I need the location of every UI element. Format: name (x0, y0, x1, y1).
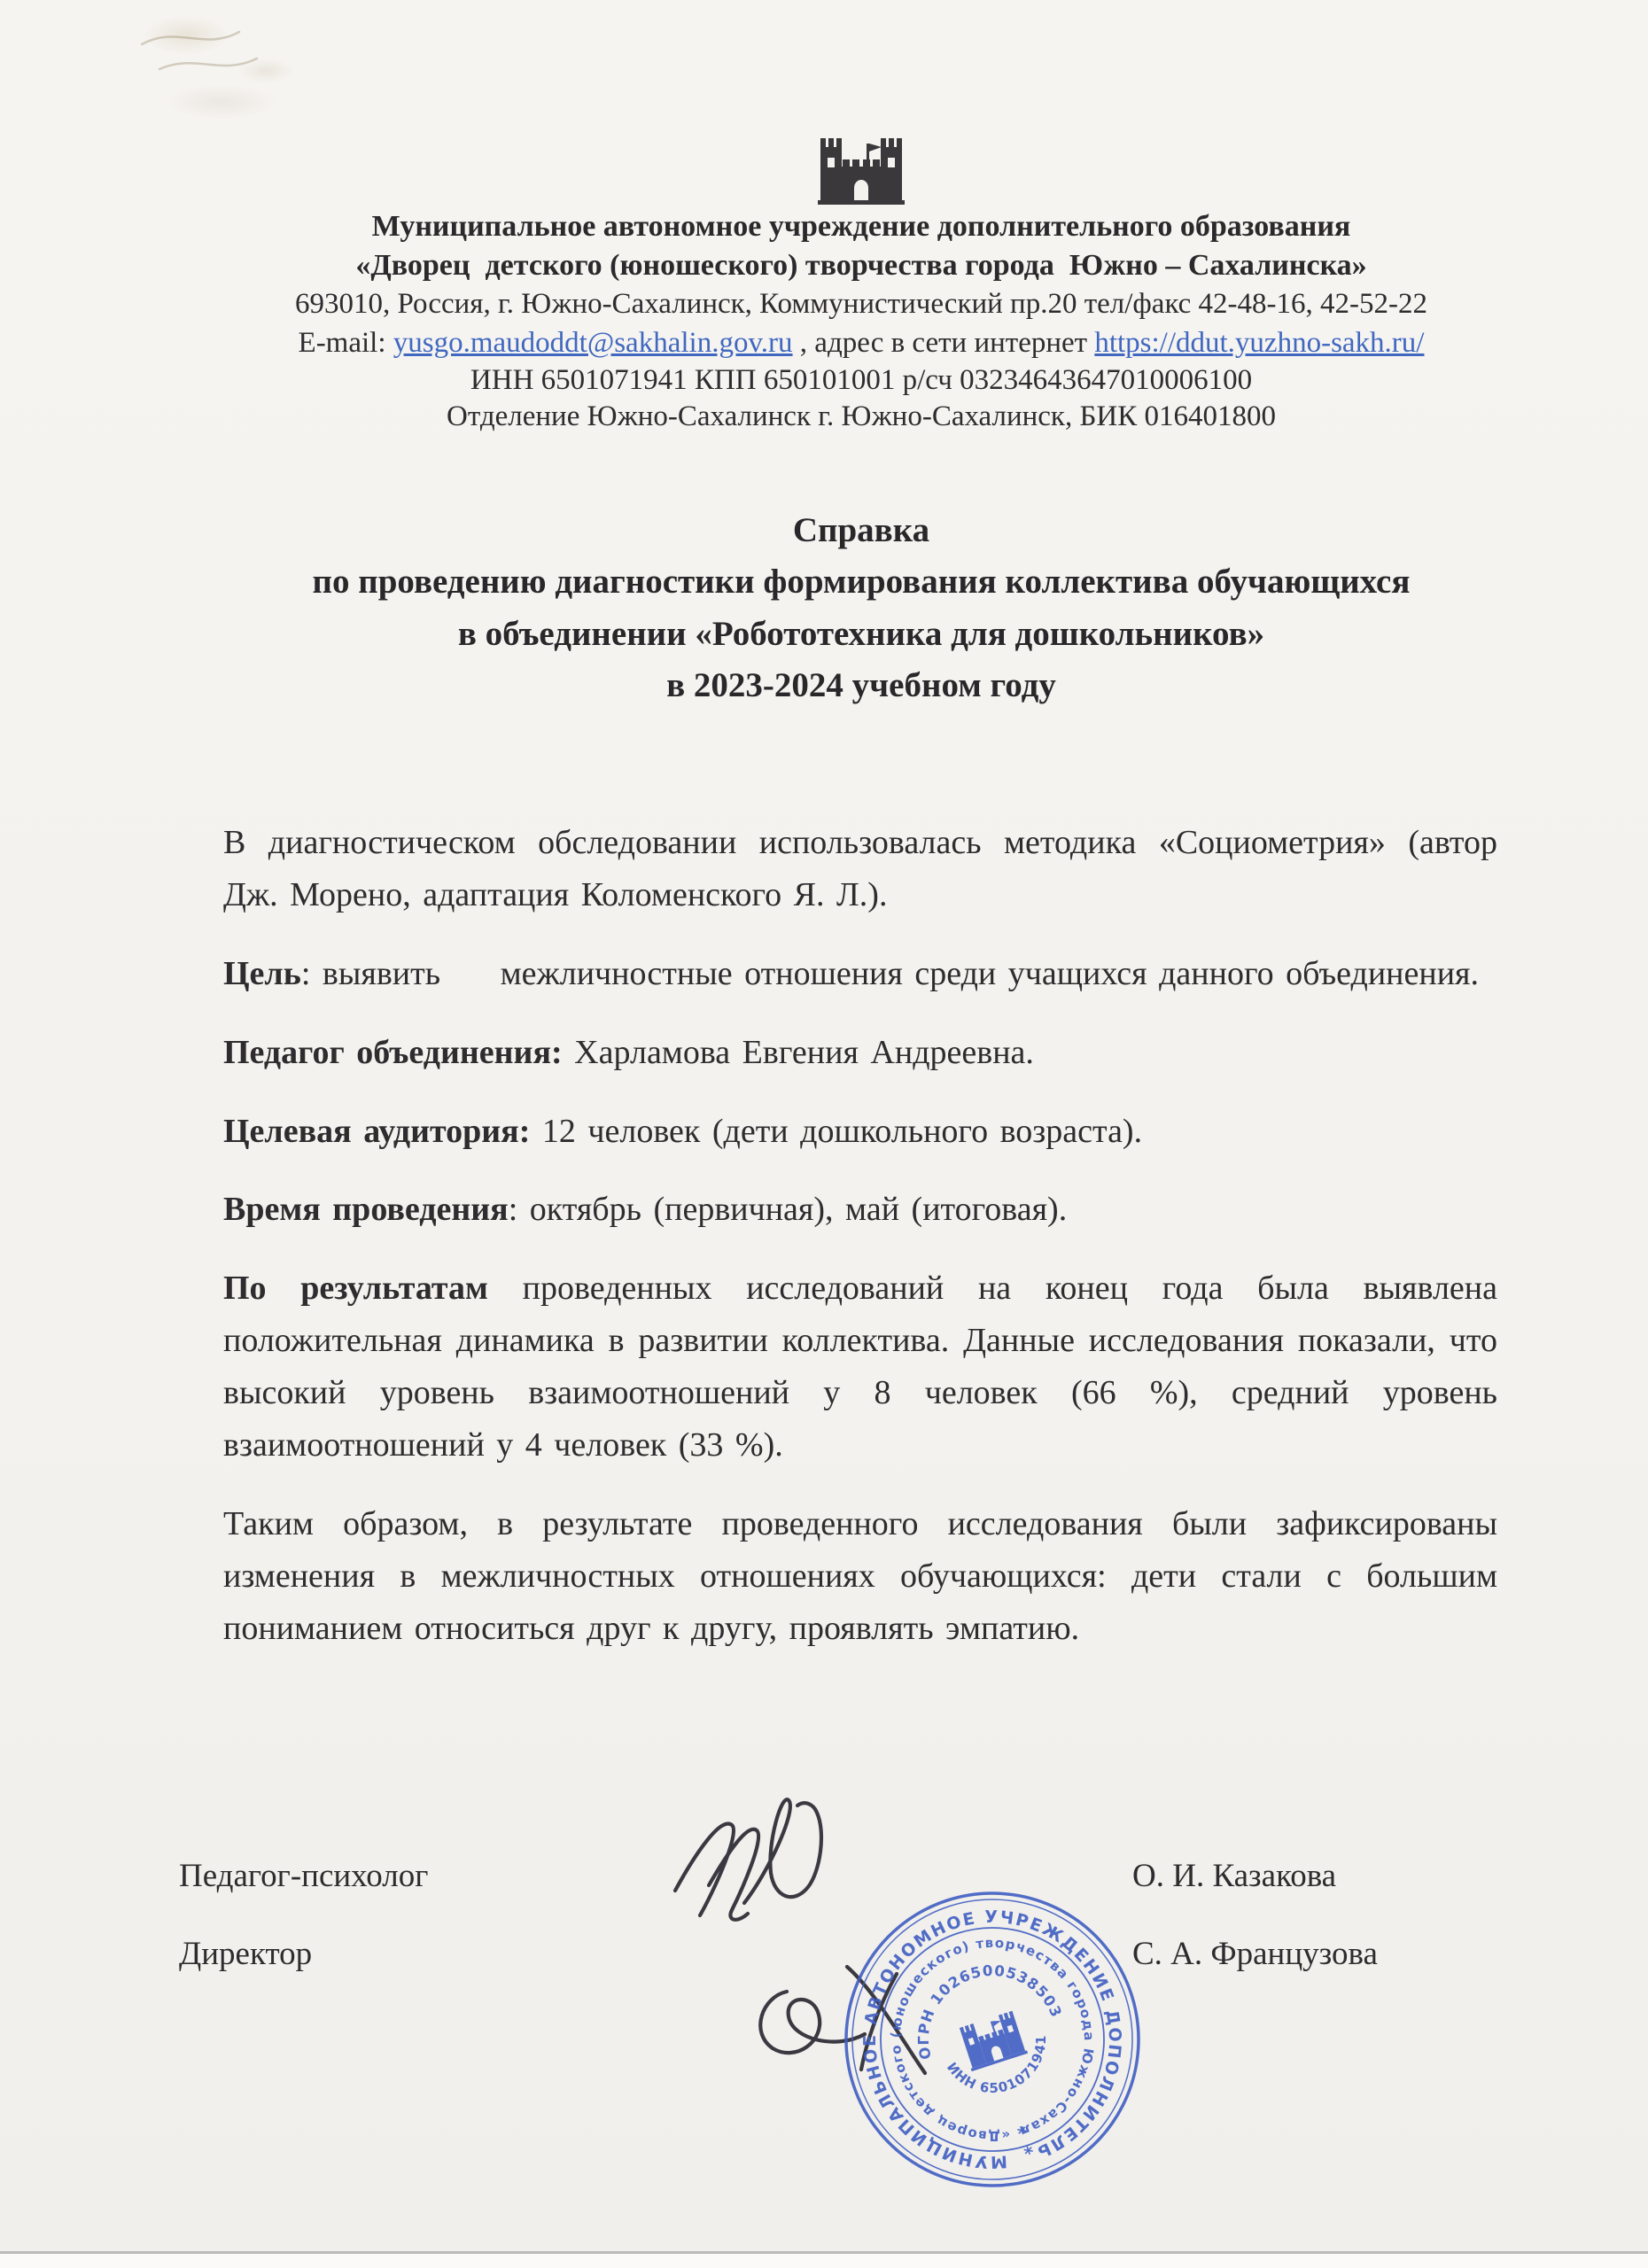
signatory-name: С. А. Французова (1132, 1935, 1378, 1973)
paragraph-method: В диагностическом обследовании использов… (223, 817, 1497, 921)
requisites-line: ИНН 6501071941 КПП 650101001 р/сч 032346… (223, 362, 1499, 398)
between-links-text: , адрес в сети интернет (800, 327, 1087, 359)
title-line-4: в 2023-2024 учебном году (223, 660, 1499, 712)
paragraph-audience: Целевая аудитория: 12 человек (дети дошк… (223, 1106, 1497, 1158)
signatory-role: Педагог-психолог (179, 1857, 428, 1895)
document-title: Справка по проведению диагностики формир… (223, 505, 1499, 712)
official-round-stamp: МУНИЦИПАЛЬНОЕ АВТОНОМНОЕ УЧРЕЖДЕНИЕ ДОПО… (842, 1889, 1143, 2190)
paragraph-label: Педагог объединения: (223, 1034, 563, 1071)
paragraph-label: Цель (223, 955, 301, 992)
scan-smudge-artifact (106, 0, 408, 151)
signatory-role: Директор (179, 1935, 312, 1973)
paragraph-label: Время проведения (223, 1191, 509, 1228)
document-body: В диагностическом обследовании использов… (223, 817, 1497, 1682)
paragraph-timing: Время проведения: октябрь (первичная), м… (223, 1184, 1497, 1236)
scan-bottom-strip (0, 2254, 1648, 2268)
paragraph-text: 12 человек (дети дошкольного возраста). (530, 1113, 1142, 1150)
contacts-line: E-mail: yusgo.maudoddt@sakhalin.gov.ru ,… (223, 324, 1499, 363)
pencil-scribble-artifact (106, 0, 408, 151)
emblem-container (223, 133, 1499, 207)
email-label: E-mail: (299, 327, 386, 359)
website-link[interactable]: https://ddut.yuzhno-sakh.ru/ (1094, 327, 1424, 359)
address-line: 693010, Россия, г. Южно-Сахалинск, Комму… (223, 285, 1499, 324)
bank-line: Отделение Южно-Сахалинск г. Южно-Сахалин… (223, 399, 1499, 434)
paragraph-text: В диагностическом обследовании использов… (223, 824, 1497, 913)
scanned-document-page: Муниципальное автономное учреждение допо… (0, 0, 1648, 2268)
paragraph-conclusion: Таким образом, в результате проведенного… (223, 1498, 1497, 1655)
paragraph-results: По результатам проведенных исследований … (223, 1262, 1497, 1472)
paragraph-label: По результатам (223, 1270, 488, 1307)
letterhead-and-title: Муниципальное автономное учреждение допо… (223, 0, 1499, 712)
stamp-castle-emblem-icon (958, 2010, 1028, 2071)
paragraph-teacher: Педагог объединения: Харламова Евгения А… (223, 1027, 1497, 1079)
paragraph-text: Харламова Евгения Андреевна. (563, 1034, 1034, 1071)
paragraph-text: : октябрь (первичная), май (итоговая). (509, 1191, 1068, 1228)
title-line-2: по проведению диагностики формирования к… (223, 556, 1499, 609)
castle-emblem-icon (817, 133, 906, 206)
paragraph-goal: Цель: выявить межличностные отношения ср… (223, 948, 1497, 1000)
paragraph-text: : выявить межличностные отношения среди … (301, 955, 1479, 992)
title-line-3: в объединении «Робототехника для дошколь… (223, 609, 1499, 661)
paragraph-label: Целевая аудитория: (223, 1113, 530, 1150)
paragraph-text: Таким образом, в результате проведенного… (223, 1505, 1497, 1647)
org-name-line1: Муниципальное автономное учреждение допо… (223, 207, 1499, 246)
org-name-line2: «Дворец детского (юношеского) творчества… (223, 246, 1499, 285)
title-line-1: Справка (223, 505, 1499, 557)
signatory-name: О. И. Казакова (1132, 1857, 1336, 1895)
email-link[interactable]: yusgo.maudoddt@sakhalin.gov.ru (393, 327, 793, 359)
handwritten-signature-psychologist (663, 1786, 840, 1932)
